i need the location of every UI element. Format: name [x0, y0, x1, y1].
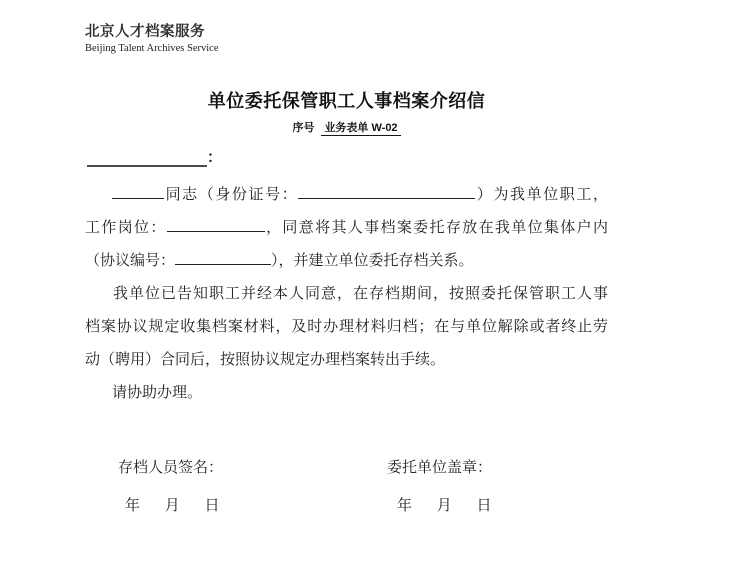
- body-text: ），并建立单位委托存档关系。: [271, 253, 474, 269]
- body-text: 档案协议规定收集档案材料，及时办理材料归档；在与单位解除或者终止劳: [85, 319, 608, 335]
- body-text: 工作岗位：: [85, 220, 167, 236]
- body-text: 动（聘用）合同后，按照协议规定办理档案转出手续。: [85, 352, 445, 368]
- date-month-label: 月: [165, 494, 180, 515]
- body-line-4: 我单位已告知职工并经本人同意，在存档期间，按照委托保管职工人事: [85, 278, 608, 311]
- org-name-en: Beijing Talent Archives Service: [85, 43, 219, 54]
- date-left-group: 年 月 日: [125, 494, 220, 515]
- body-line-7: 请协助办理。: [85, 377, 608, 410]
- body-line-1: 同志（身份证号：）为我单位职工，: [85, 179, 608, 212]
- date-day-label: 日: [205, 494, 220, 515]
- document-page: 北京人才档案服务 Beijing Talent Archives Service…: [0, 0, 736, 561]
- name-blank-field: [112, 184, 164, 199]
- document-title: 单位委托保管职工人事档案介绍信: [85, 87, 608, 113]
- addressee-blank-field: [87, 150, 207, 167]
- date-year-label: 年: [125, 494, 140, 515]
- body-text: 请协助办理。: [112, 385, 202, 401]
- body-text: ）为我单位职工，: [475, 187, 608, 203]
- id-number-blank-field: [298, 184, 475, 199]
- date-month-label: 月: [437, 494, 452, 515]
- body-text: 同志（身份证号：: [164, 187, 298, 203]
- serial-line: 序号业务表单 W-02: [85, 119, 608, 135]
- addressee-line: ：: [87, 146, 222, 164]
- body-line-6: 动（聘用）合同后，按照协议规定办理档案转出手续。: [85, 344, 608, 377]
- unit-seal-label: 委托单位盖章：: [387, 456, 492, 477]
- job-position-blank-field: [167, 217, 265, 232]
- agreement-number-blank-field: [175, 250, 271, 265]
- serial-value: 业务表单 W-02: [321, 122, 400, 136]
- body-line-3: （协议编号：），并建立单位委托存档关系。: [85, 245, 608, 278]
- date-right-group: 年 月 日: [397, 494, 492, 515]
- body-line-2: 工作岗位：，同意将其人事档案委托存放在我单位集体户内: [85, 212, 608, 245]
- body-text: （协议编号：: [85, 253, 175, 269]
- body-text: 我单位已告知职工并经本人同意，在存档期间，按照委托保管职工人事: [112, 286, 608, 302]
- org-logo: 北京人才档案服务 Beijing Talent Archives Service: [85, 20, 219, 54]
- date-day-label: 日: [477, 494, 492, 515]
- addressee-colon: ：: [207, 150, 222, 166]
- org-name-zh: 北京人才档案服务: [85, 20, 219, 41]
- date-year-label: 年: [397, 494, 412, 515]
- document-body: 同志（身份证号：）为我单位职工， 工作岗位：，同意将其人事档案委托存放在我单位集…: [85, 179, 608, 410]
- archivist-signature-label: 存档人员签名：: [118, 456, 223, 477]
- body-line-5: 档案协议规定收集档案材料，及时办理材料归档；在与单位解除或者终止劳: [85, 311, 608, 344]
- serial-label: 序号: [292, 122, 314, 134]
- body-text: ，同意将其人事档案委托存放在我单位集体户内: [265, 220, 608, 236]
